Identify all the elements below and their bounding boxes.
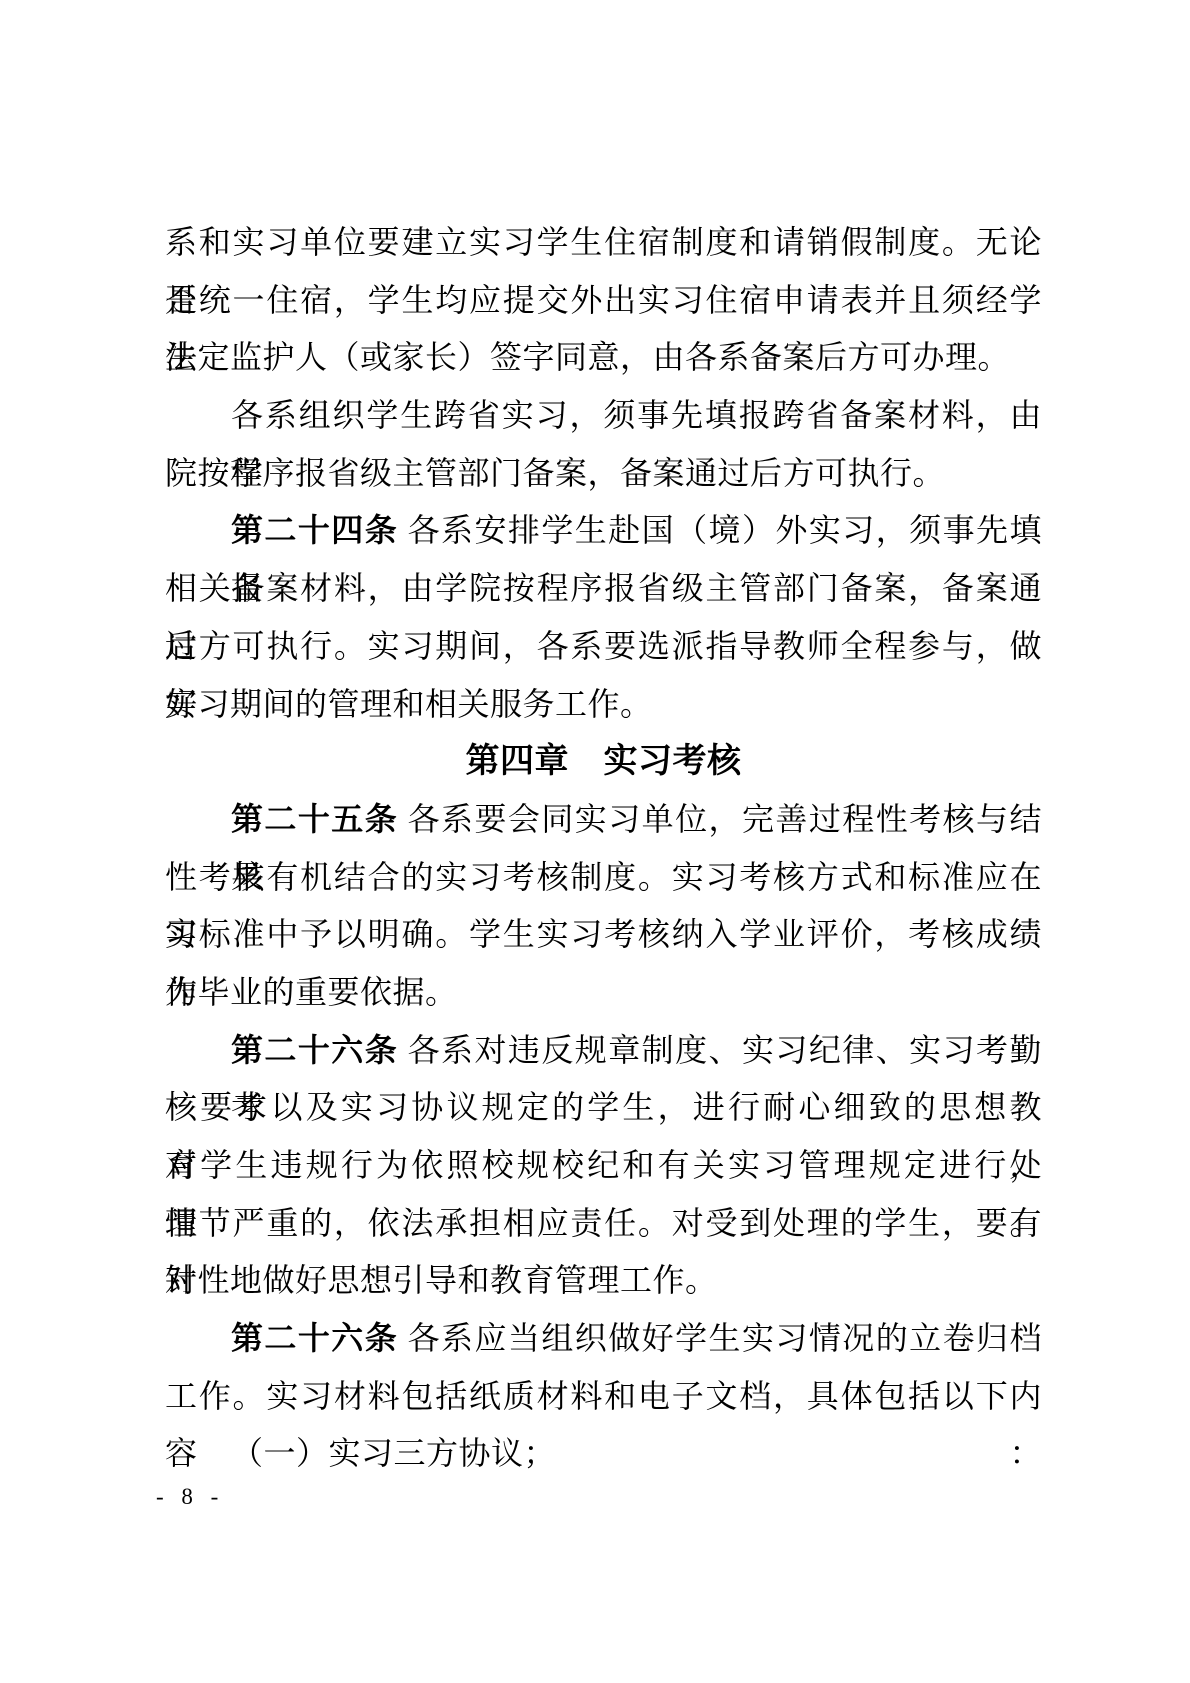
text-line: 法定监护人（或家长）签字同意，由各系备案后方可办理。 bbox=[165, 329, 1042, 387]
article-number-label: 第二十五条 bbox=[231, 801, 398, 837]
text-line: 各系组织学生跨省实习，须事先填报跨省备案材料，由学 bbox=[165, 387, 1042, 445]
text-line: 工作。实习材料包括纸质材料和电子文档，具体包括以下内容： bbox=[165, 1368, 1042, 1426]
chapter-heading: 第四章 实习考核 bbox=[165, 733, 1042, 791]
text-line: 院按程序报省级主管部门备案，备案通过后方可执行。 bbox=[165, 445, 1042, 503]
text-segment: （一）实习三方协议； bbox=[231, 1435, 556, 1471]
text-segment: 法定监护人（或家长）签字同意，由各系备案后方可办理。 bbox=[165, 339, 1010, 375]
text-line: 第二十六条 各系应当组织做好学生实习情况的立卷归档 bbox=[165, 1310, 1042, 1368]
text-line: 实习期间的管理和相关服务工作。 bbox=[165, 676, 1042, 734]
article-number-label: 第二十六条 bbox=[231, 1320, 398, 1356]
text-segment: 各系应当组织做好学生实习情况的立卷归档 bbox=[398, 1320, 1042, 1356]
text-line: 第二十五条 各系要会同实习单位，完善过程性考核与结果 bbox=[165, 791, 1042, 849]
article-number-label: 第二十六条 bbox=[231, 1032, 398, 1068]
text-line: 习标准中予以明确。学生实习考核纳入学业评价，考核成绩作 bbox=[165, 906, 1042, 964]
article-number-label: 第四章 实习考核 bbox=[466, 742, 742, 780]
text-line: 系和实习单位要建立实习学生住宿制度和请销假制度。无论是 bbox=[165, 214, 1042, 272]
text-line: 核要求以及实习协议规定的学生，进行耐心细致的思想教育， bbox=[165, 1079, 1042, 1137]
article-number-label: 第二十四条 bbox=[231, 512, 398, 548]
text-line: 对性地做好思想引导和教育管理工作。 bbox=[165, 1252, 1042, 1310]
text-segment: 对性地做好思想引导和教育管理工作。 bbox=[165, 1262, 718, 1298]
text-line: 性考核有机结合的实习考核制度。实习考核方式和标准应在实 bbox=[165, 849, 1042, 907]
text-line: 情节严重的，依法承担相应责任。对受到处理的学生，要有针 bbox=[165, 1195, 1042, 1253]
text-line: 对学生违规行为依照校规校纪和有关实习管理规定进行处理。 bbox=[165, 1137, 1042, 1195]
document-page: 系和实习单位要建立实习学生住宿制度和请销假制度。无论是否统一住宿，学生均应提交外… bbox=[0, 0, 1190, 1683]
text-line: 第二十六条 各系对违反规章制度、实习纪律、实习考勤考 bbox=[165, 1022, 1042, 1080]
text-line: 为毕业的重要依据。 bbox=[165, 964, 1042, 1022]
text-line: 相关备案材料，由学院按程序报省级主管部门备案，备案通过 bbox=[165, 560, 1042, 618]
text-line: 第二十四条 各系安排学生赴国（境）外实习，须事先填报 bbox=[165, 502, 1042, 560]
text-segment: 实习期间的管理和相关服务工作。 bbox=[165, 686, 653, 722]
text-line: 后方可执行。实习期间，各系要选派指导教师全程参与，做好 bbox=[165, 618, 1042, 676]
document-body: 系和实习单位要建立实习学生住宿制度和请销假制度。无论是否统一住宿，学生均应提交外… bbox=[165, 214, 1042, 1483]
page-number: - 8 - bbox=[156, 1484, 224, 1510]
text-line: 否统一住宿，学生均应提交外出实习住宿申请表并且须经学生 bbox=[165, 272, 1042, 330]
text-segment: 院按程序报省级主管部门备案，备案通过后方可执行。 bbox=[165, 455, 945, 491]
text-segment: 为毕业的重要依据。 bbox=[165, 974, 458, 1010]
